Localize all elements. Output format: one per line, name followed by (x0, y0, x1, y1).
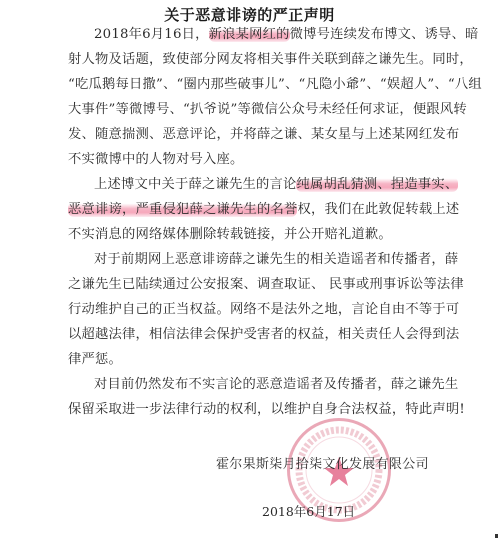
text-line: 行动维护自己的正当权益。网络不是法外之地，言论自由不等于可 (68, 297, 428, 322)
company-signature: 霍尔果斯柒月拾柒文化发展有限公司 (216, 453, 429, 472)
text-line: 以超越法律，相信法律会保护受害者的权益，相关责任人会得到法 (68, 322, 428, 347)
text-line: 发、随意揣测、恶意评论，并将薛之谦、某女星与上述某网红发布 (68, 122, 428, 147)
text-line: 对目前仍然发布不实言论的恶意造谣者及传播者，薛之谦先生 (68, 372, 428, 397)
text-line: 恶意诽谤，严重侵犯薛之谦先生的名誉权，我们在此敦促转载上述 (68, 197, 428, 222)
text-line: “吃瓜鹅每日撒”、“圈内那些破事儿”、“凡隐小爺”、“娱超人”、“八组 (68, 72, 428, 97)
statement-date: 2018年6月17日 (262, 502, 355, 520)
text-line: 大事件”等微博号、“扒爷说”等微信公众号未经任何求证，便跟风转 (68, 97, 428, 122)
line-text: 微博号连续发布博文、诱导、暗 (290, 27, 479, 42)
statement-page: 关于恶意诽谤的严正声明 2018年6月16日，新浪某网红的微博号连续发布博文、诱… (0, 0, 499, 542)
text-line: 不实消息的网络媒体删除转载链接，并公开赔礼道歉。 (68, 222, 428, 247)
line-text: 2018年6月16日， (94, 27, 209, 42)
highlighted-text: 新浪某网红的 (209, 27, 290, 42)
highlighted-text: 恶意诽谤，严重侵犯薛之谦先生的名誉 (68, 202, 297, 217)
highlighted-text: 纯属胡乱猜测、捏造事实、 (296, 177, 458, 192)
line-text: 上述博文中关于薛之谦先生的言论 (94, 177, 296, 192)
text-line: 2018年6月16日，新浪某网红的微博号连续发布博文、诱导、暗 (68, 22, 428, 47)
text-line: 之谦先生已陆续通过公安报案、调查取证、 民事或刑事诉讼等法律 (68, 272, 428, 297)
statement-body: 2018年6月16日，新浪某网红的微博号连续发布博文、诱导、暗 射人物及话题，致… (68, 22, 428, 422)
text-line: 保留采取进一步法律行动的权利，以维护自身合法权益，特此声明! (68, 397, 428, 422)
line-text: 权，我们在此敦促转载上述 (297, 202, 459, 217)
text-line: 射人物及话题，致使部分网友将相关事件关联到薛之谦先生。同时， (68, 47, 428, 72)
artifact-dot (495, 534, 498, 538)
text-line: 不实微博中的人物对号入座。 (68, 147, 428, 172)
text-line: 对于前期网上恶意诽谤薛之谦先生的相关造谣者和传播者，薛 (68, 247, 428, 272)
text-line: 上述博文中关于薛之谦先生的言论纯属胡乱猜测、捏造事实、 (68, 172, 428, 197)
text-line: 律严惩。 (68, 347, 428, 372)
